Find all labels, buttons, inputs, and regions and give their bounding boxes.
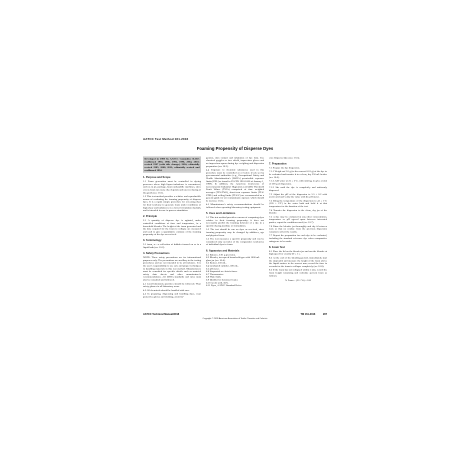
paragraph: 4.1 Good laboratory practices should be …	[143, 282, 201, 288]
paragraph: 5.3 The test measures a specific propens…	[206, 238, 264, 246]
paragraph: 7.4 Transfer the dispersion to the clean…	[269, 209, 327, 215]
page-footer: AATCC Technical Manual/2018 TM 161-2016 …	[143, 313, 327, 316]
document-header: AATCC Test Method 161-2016	[143, 137, 327, 141]
paragraph: NOTE: These safety precautions are for i…	[143, 256, 201, 281]
document-title: Foaming Propensity of Disperse Dyes	[143, 146, 327, 151]
paragraph: 7.2 Adjust the pH of the dispersion to 5…	[269, 193, 327, 199]
paragraph: 5.2 The test should be run on dyes as re…	[206, 228, 264, 236]
section-heading: 3. Terminology	[143, 239, 201, 242]
paragraph: 4.4 Exposure to chemical substances used…	[206, 168, 264, 202]
paragraph: 4.2 All chemicals should be handled with…	[143, 289, 201, 292]
footer-manual-label: AATCC Technical Manual/2018	[143, 313, 179, 316]
paragraph: 7.1.2 Add water at 25 ± 2°C, with stirri…	[269, 180, 327, 186]
column-middle: gestion, skin contact and inhalation of …	[206, 156, 264, 310]
section-heading: 8. Foam Test	[269, 246, 327, 249]
paragraph: 7.1 Prepare the dye dispersion.	[269, 166, 327, 169]
paragraph: 7.7 Repeat the preparation for each dye …	[269, 234, 327, 242]
paragraph-continuation: ence Disperse Dyes (see 10.5).	[269, 156, 327, 159]
section-heading: 2. Principle	[143, 215, 201, 218]
section-heading: 6. Apparatus and Materials	[206, 249, 264, 252]
paragraph: 4.5 Manufacturer's safety recommendation…	[206, 203, 264, 209]
paragraph-continuation: gestion, skin contact and inhalation of …	[206, 156, 264, 167]
text-columns: Developed in 1980 by AATCC Committee RA8…	[143, 156, 327, 310]
paragraph: 5.1 This test method provides a means of…	[206, 216, 264, 227]
paragraph: 7.3 Bring the temperature of the dispers…	[269, 199, 327, 207]
history-box: Developed in 1980 by AATCC Committee RA8…	[143, 156, 201, 173]
column-left: Developed in 1980 by AATCC Committee RA8…	[143, 156, 201, 310]
paragraph: 7.1.1 Weigh out 2.0 g (to the nearest 0.…	[269, 170, 327, 178]
page-scale-wrapper: AATCC Test Method 161-2016 Foaming Prope…	[143, 137, 190, 320]
paragraph: 1.2 This test method provides a relative…	[143, 195, 201, 212]
paragraph: 7.1.3 Stir until the dye is completely a…	[269, 186, 327, 192]
section-heading: 5. Uses and Limitations	[206, 212, 264, 215]
footer-right-group: TM 161-2016 287	[300, 313, 327, 316]
page-sheet: AATCC Test Method 161-2016 Foaming Prope…	[143, 137, 327, 320]
paragraph: 8.1 Place the lid on the blender jar and…	[269, 250, 327, 256]
paragraph: 3.1 foam, n.—a collection of bubbles for…	[143, 243, 201, 249]
paragraph: 7.6 Rinse the blender jar thoroughly and…	[269, 225, 327, 233]
section-heading: 7. Preparation	[269, 162, 327, 165]
equation-line: % Foam = (Vf / Vi) × 100	[269, 279, 327, 282]
section-heading: 1. Purpose and Scope	[143, 176, 201, 179]
paragraph: 2.1 A quantity of disperse dye is agitat…	[143, 219, 201, 236]
paragraph: 8.2 At the end of the blending period, i…	[269, 256, 327, 267]
apparatus-list-item: 6.11 Dyes, AATCC Standard Refer-	[206, 284, 264, 287]
footer-method-code: TM 161-2016	[300, 313, 315, 316]
paragraph: 7.5 A dye may be evaluated at any other …	[269, 215, 327, 223]
paragraph: 1.1 Foam generation must be controlled i…	[143, 180, 201, 194]
column-right: ence Disperse Dyes (see 10.5).7. Prepara…	[269, 156, 327, 310]
screenshot-background: { "colors": { "history_box_bg": "#c9c9c9…	[0, 0, 458, 458]
paragraph: 8.3 If the foam has not collapsed within…	[269, 269, 327, 277]
section-heading: 4. Safety Precautions	[143, 252, 201, 255]
paragraph: 4.3 In preparing, dispensing and handlin…	[143, 293, 201, 299]
footer-copyright: Copyright © 2018 American Association of…	[143, 317, 327, 320]
document-page: AATCC Test Method 161-2016 Foaming Prope…	[143, 137, 329, 325]
footer-page-number: 287	[323, 313, 327, 316]
